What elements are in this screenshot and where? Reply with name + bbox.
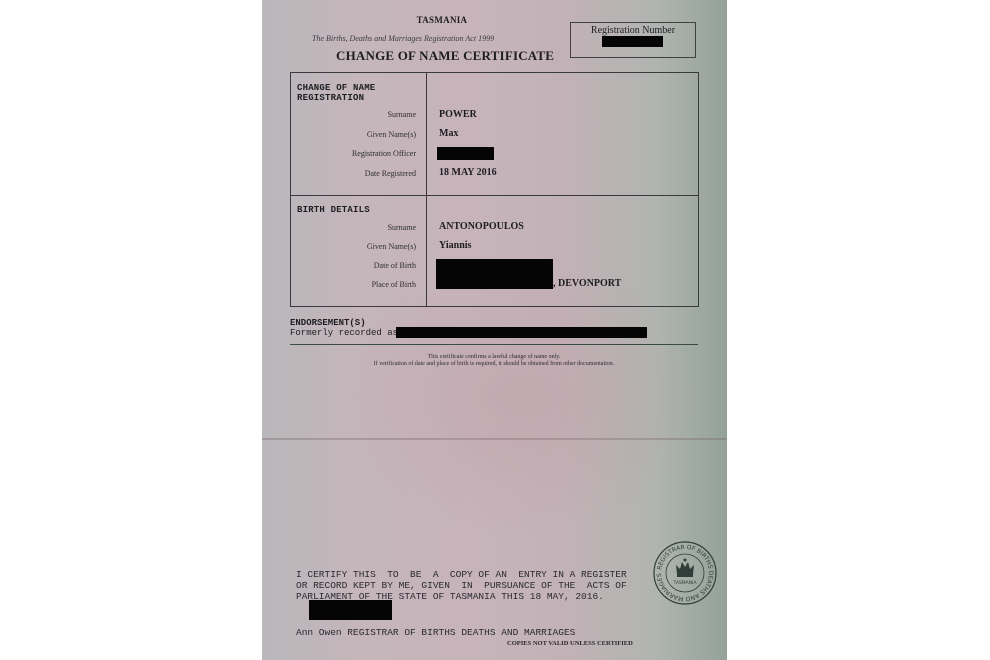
- new-given-names-value: Max: [439, 128, 458, 139]
- section-title-line: REGISTRATION: [297, 93, 375, 103]
- birth-surname-label: Surname: [388, 223, 416, 232]
- birth-date-place-redaction: [436, 259, 553, 289]
- validity-note: COPIES NOT VALID UNLESS CERTIFIED: [507, 640, 633, 647]
- registration-number-box: Registration Number: [570, 22, 696, 58]
- registration-number-redaction: [602, 36, 663, 47]
- act-reference: The Births, Deaths and Marriages Registr…: [312, 34, 494, 43]
- registrar-name: Ann Owen REGISTRAR OF BIRTHS DEATHS AND …: [296, 627, 575, 638]
- formerly-recorded-redaction: [396, 327, 647, 338]
- section-title-line: CHANGE OF NAME: [297, 83, 375, 93]
- birth-surname-value: ANTONOPOULOS: [439, 221, 524, 232]
- certification-statement: I CERTIFY THIS TO BE A COPY OF AN ENTRY …: [296, 569, 627, 602]
- new-surname-value: POWER: [439, 109, 477, 120]
- surname-label: Surname: [388, 110, 416, 119]
- registration-officer-label: Registration Officer: [352, 149, 416, 158]
- column-divider: [426, 73, 427, 306]
- given-names-label: Given Name(s): [367, 130, 416, 139]
- birth-given-names-label: Given Name(s): [367, 242, 416, 251]
- change-of-name-section-title: CHANGE OF NAME REGISTRATION: [297, 83, 375, 103]
- date-of-birth-label: Date of Birth: [374, 261, 416, 270]
- place-of-birth-label: Place of Birth: [372, 280, 416, 289]
- place-of-birth-suffix: , DEVONPORT: [553, 278, 621, 289]
- crown-icon: [676, 559, 694, 578]
- seal-inner-text: TASMANIA: [672, 580, 697, 586]
- verification-note: If verification of date and place of bir…: [290, 361, 698, 367]
- formerly-recorded-label: Formerly recorded as:: [290, 328, 403, 338]
- registrar-seal-icon: REGISTRAR OF BIRTHS DEATHS AND MARRIAGES…: [653, 541, 717, 605]
- birth-given-names-value: Yiannis: [439, 240, 471, 251]
- lawful-change-note: This certificate confirms a lawful chang…: [290, 354, 698, 360]
- certificate-paper: TASMANIA The Births, Deaths and Marriage…: [262, 0, 727, 660]
- registration-number-label: Registration Number: [571, 25, 695, 36]
- birth-details-section-title: BIRTH DETAILS: [297, 205, 370, 215]
- date-registered-value: 18 MAY 2016: [439, 167, 497, 178]
- horizontal-rule: [290, 344, 698, 345]
- date-registered-label: Date Registered: [365, 169, 416, 178]
- certificate-title: CHANGE OF NAME CERTIFICATE: [336, 48, 554, 64]
- jurisdiction-heading: TASMANIA: [262, 15, 622, 25]
- details-table: CHANGE OF NAME REGISTRATION Surname POWE…: [290, 72, 699, 307]
- registration-officer-redaction: [437, 147, 494, 160]
- signature-redaction: [309, 600, 392, 620]
- endorsements-title: ENDORSEMENT(S): [290, 318, 366, 328]
- section-divider: [291, 195, 698, 196]
